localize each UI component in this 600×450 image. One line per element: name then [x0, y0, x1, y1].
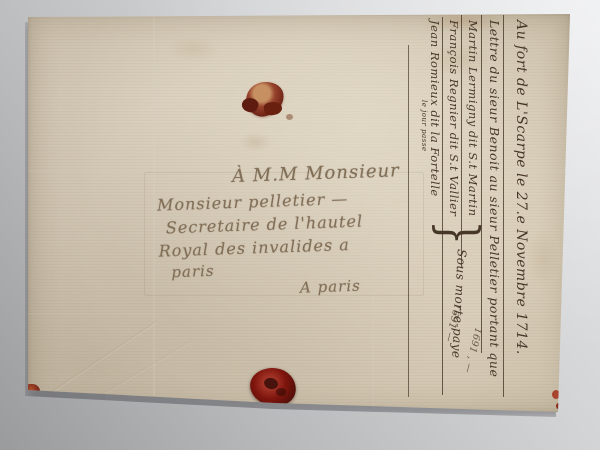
- grouping-brace: }: [433, 220, 486, 245]
- ruled-line: [481, 15, 482, 353]
- wax-seal-top: [242, 74, 296, 124]
- docket-name: Martin Lermigny dit S.t Martin: [466, 20, 480, 216]
- wax-seal-core: [276, 388, 286, 396]
- interline-note: le jour passe: [420, 100, 428, 152]
- address-block: À M.M Monsieur Monsieur pelletier — Secr…: [144, 159, 438, 302]
- docket-name: Jean Romieux dit la Fortelle: [428, 20, 442, 197]
- letter-paper: À M.M Monsieur Monsieur pelletier — Secr…: [28, 14, 570, 412]
- docket-place-date: Au fort de L'Scarpe le 27.e Novembre 171…: [513, 20, 529, 355]
- wax-seal-fragment: [263, 101, 283, 116]
- wax-speck: [286, 114, 293, 120]
- docket-summary: Lettre du sieur Benoit au sieur Pelletie…: [487, 20, 502, 377]
- wax-seal-bottom: [250, 368, 298, 408]
- docket-block: Au fort de L'Scarpe le 27.e Novembre 171…: [405, 15, 530, 431]
- photo-of-letter: À M.M Monsieur Monsieur pelletier — Secr…: [0, 0, 600, 450]
- ruled-line: [408, 45, 409, 397]
- docket-name: François Regnier dit S.t Vallier: [447, 20, 461, 216]
- ruled-line: [503, 15, 504, 397]
